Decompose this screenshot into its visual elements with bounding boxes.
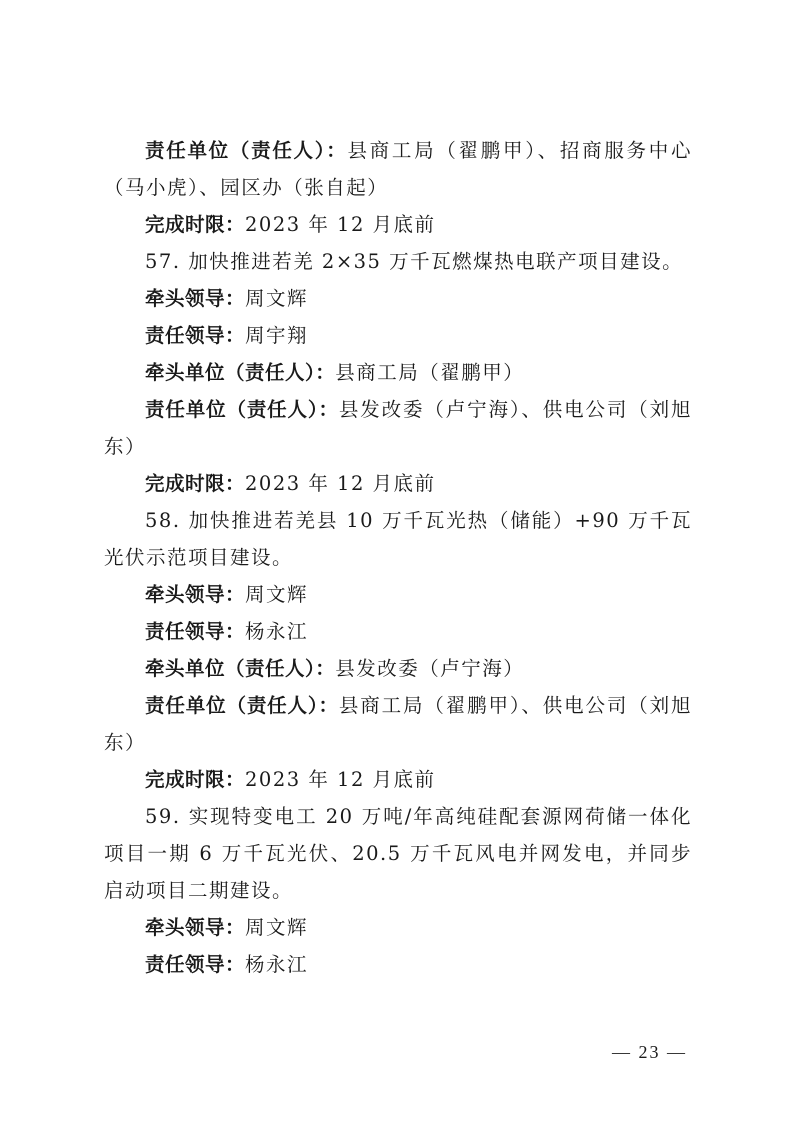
field-label: 责任领导： xyxy=(145,324,245,347)
task-item-57: 57. 加快推进若羌 2×35 万千瓦燃煤热电联产项目建设。 xyxy=(104,243,692,280)
field-deadline: 完成时限：2023 年 12 月底前 xyxy=(104,465,692,502)
field-deadline: 完成时限：2023 年 12 月底前 xyxy=(104,206,692,243)
field-value: 周文辉 xyxy=(245,287,308,310)
field-label: 责任领导： xyxy=(145,953,245,976)
field-label: 牵头领导： xyxy=(145,583,245,606)
field-label: 牵头领导： xyxy=(145,287,245,310)
field-lead-unit: 牵头单位（责任人）：县发改委（卢宁海） xyxy=(104,650,692,687)
field-label: 牵头领导： xyxy=(145,916,245,939)
field-value: 杨永江 xyxy=(245,953,308,976)
field-value: 周文辉 xyxy=(245,583,308,606)
field-label: 牵头单位（责任人）： xyxy=(145,361,335,384)
field-responsible-leader: 责任领导：杨永江 xyxy=(104,613,692,650)
field-label: 责任单位（责任人）： xyxy=(145,398,339,421)
field-value: 2023 年 12 月底前 xyxy=(245,213,436,236)
task-item-59: 59. 实现特变电工 20 万吨/年高纯硅配套源网荷储一体化项目一期 6 万千瓦… xyxy=(104,798,692,909)
task-item-58: 58. 加快推进若羌县 10 万千瓦光热（储能）+90 万千瓦光伏示范项目建设。 xyxy=(104,502,692,576)
field-value: 杨永江 xyxy=(245,620,308,643)
field-value: 2023 年 12 月底前 xyxy=(245,768,436,791)
field-lead-leader: 牵头领导：周文辉 xyxy=(104,280,692,317)
field-responsible-units: 责任单位（责任人）：县商工局（翟鹏甲）、招商服务中心（马小虎）、园区办（张自起） xyxy=(104,132,692,206)
field-value: 周宇翔 xyxy=(245,324,308,347)
field-lead-leader: 牵头领导：周文辉 xyxy=(104,909,692,946)
field-lead-unit: 牵头单位（责任人）：县商工局（翟鹏甲） xyxy=(104,354,692,391)
field-value: 2023 年 12 月底前 xyxy=(245,472,436,495)
field-value: 县发改委（卢宁海） xyxy=(335,657,524,680)
field-responsible-units: 责任单位（责任人）：县商工局（翟鹏甲）、供电公司（刘旭东） xyxy=(104,687,692,761)
field-label: 责任单位（责任人）： xyxy=(145,694,339,717)
field-label: 完成时限： xyxy=(145,472,245,495)
field-responsible-units: 责任单位（责任人）：县发改委（卢宁海）、供电公司（刘旭东） xyxy=(104,391,692,465)
field-label: 责任领导： xyxy=(145,620,245,643)
field-deadline: 完成时限：2023 年 12 月底前 xyxy=(104,761,692,798)
document-page-body: 责任单位（责任人）：县商工局（翟鹏甲）、招商服务中心（马小虎）、园区办（张自起）… xyxy=(104,132,692,983)
field-lead-leader: 牵头领导：周文辉 xyxy=(104,576,692,613)
field-value: 周文辉 xyxy=(245,916,308,939)
field-value: 县商工局（翟鹏甲） xyxy=(335,361,524,384)
field-label: 完成时限： xyxy=(145,768,245,791)
page-number: — 23 — xyxy=(612,1042,687,1063)
field-label: 责任单位（责任人）： xyxy=(145,139,347,162)
field-responsible-leader: 责任领导：周宇翔 xyxy=(104,317,692,354)
field-label: 完成时限： xyxy=(145,213,245,236)
field-label: 牵头单位（责任人）： xyxy=(145,657,335,680)
field-responsible-leader: 责任领导：杨永江 xyxy=(104,946,692,983)
